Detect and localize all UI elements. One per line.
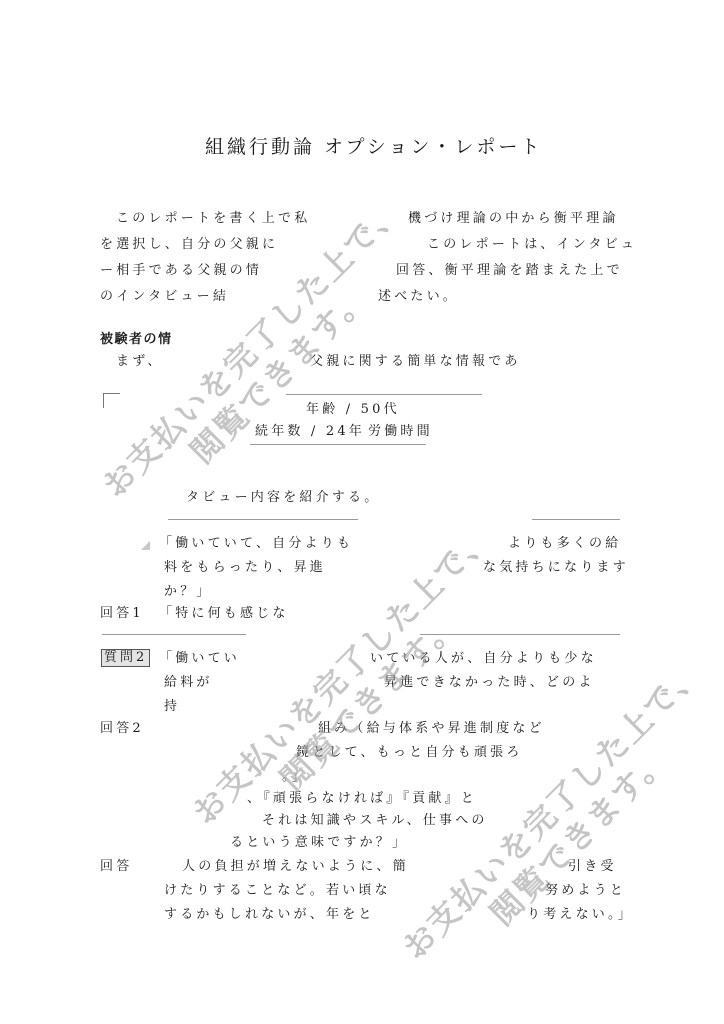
answer-1-rule-right — [420, 634, 620, 635]
intro-line-2-left: を選択し、自分の父親に — [100, 237, 278, 253]
profile-hours-label: 労働時間 — [368, 424, 433, 440]
intro-line-1-right: 機づけ理論の中から衡平理論 — [408, 211, 619, 227]
document-page: 組織行動論 オプション・レポート このレポートを書く上で私 機づけ理論の中から衡… — [0, 0, 724, 1024]
interview-intro: タビュー内容を紹介する。 — [186, 490, 380, 506]
q2-line-1-left: 「働いてい — [159, 651, 240, 667]
answer-1-label: 回答1 — [100, 606, 144, 622]
q1-line-3: か？」 — [164, 584, 213, 600]
intro-line-4-left: のインタビュー結 — [100, 289, 229, 305]
q2-line-3: 持 — [164, 699, 180, 715]
q2-line-2-right: 昇進できなかった時、どのよ — [384, 675, 595, 691]
subject-section-heading: 被験者の情 — [100, 332, 173, 348]
answer-1-text: 「特に何も感じな — [159, 606, 289, 622]
question-1-marker-icon — [141, 541, 150, 550]
interview-rule-left — [168, 519, 358, 520]
answer-3-label: 回答 — [100, 859, 132, 875]
profile-tenure: 続年数 / 24年 — [255, 424, 365, 440]
answer-2-label: 回答2 — [100, 721, 144, 737]
a2-line-4: 、『頑張らなければ』『貢献』と — [247, 791, 477, 807]
q1-line-1-left: 「働いていて、自分よりも — [159, 536, 353, 552]
profile-bottom-rule — [250, 444, 426, 445]
intro-line-4-right: 述べたい。 — [378, 289, 459, 305]
q2-line-1-right: いている人が、自分よりも少な — [370, 651, 597, 667]
a3-line-1-left: 人の負担が増えないように、簡 — [182, 859, 409, 875]
a3-line-1-right: 引き受 — [568, 859, 617, 875]
a2-line-5: それは知識やスキル、仕事への — [262, 813, 488, 829]
document-title: 組織行動論 オプション・レポート — [205, 132, 542, 159]
intro-line-3-left: ー相手である父親の情 — [100, 263, 262, 279]
a2-line-1: 組み（給与体系や昇進制度など — [318, 721, 545, 737]
profile-top-rule — [286, 394, 482, 395]
a2-line-6: るという意味ですか？」 — [230, 835, 408, 851]
bracket-corner-mark — [103, 393, 120, 408]
intro-line-2-right: このレポートは、インタビュ — [427, 237, 637, 253]
question-2-label-box: 質問2 — [101, 649, 150, 667]
q1-line-2-left: 料をもらったり、昇進 — [164, 560, 326, 576]
profile-age: 年齢 / 50代 — [306, 402, 400, 418]
subject-lead-left: まず、 — [116, 354, 164, 370]
answer-1-rule-left — [102, 634, 246, 635]
a3-line-2-right: 努めようと — [545, 883, 626, 899]
a3-line-2-left: けたりすることなど。若い頃な — [164, 883, 391, 899]
intro-line-3-right: 回答、衡平理論を踏まえた上で — [396, 263, 623, 279]
q1-line-1-right: よりも多くの給 — [508, 536, 621, 552]
a2-line-2: 鏡として、もっと自分も頑張ろ — [296, 745, 523, 761]
intro-line-1-left: このレポートを書く上で私 — [116, 211, 310, 227]
q2-line-2-left: 給料が — [164, 675, 213, 691]
a2-line-3: 。」 — [282, 769, 308, 785]
subject-lead-right: 父親に関する簡単な情報であ — [310, 354, 521, 370]
a3-line-3-right: り考えない。」 — [527, 907, 634, 923]
q1-line-2-right: な気持ちになります — [483, 560, 629, 576]
a3-line-3-left: するかもしれないが、年をと — [164, 907, 375, 923]
interview-rule-right — [532, 519, 620, 520]
